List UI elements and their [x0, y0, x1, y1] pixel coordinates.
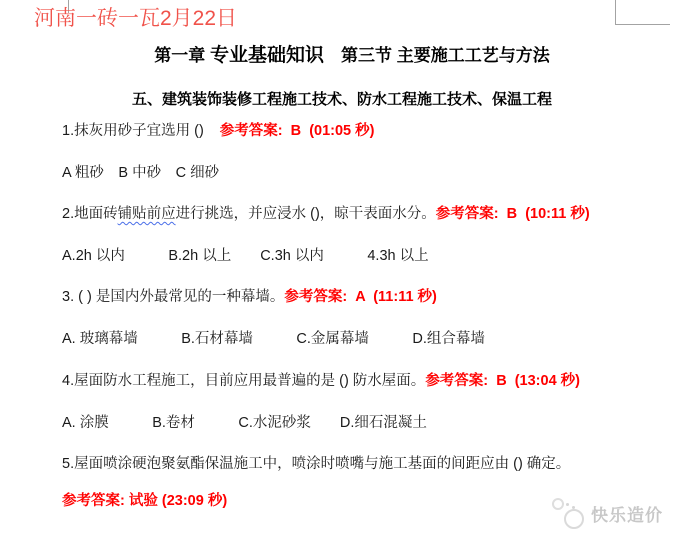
question-1-text: 1.抹灰用砂子宜选用 ()	[62, 123, 204, 139]
section-label: 第三节 主要施工工艺与方法	[324, 46, 550, 65]
crop-mark-top-right-vertical	[615, 0, 616, 25]
logo-big-circle	[564, 509, 584, 529]
question-2-misspelled-text: 铺贴前应	[118, 206, 176, 222]
question-1: 1.抹灰用砂子宜选用 ()参考答案: B (01:05 秒)	[62, 122, 374, 141]
question-4: 4.屋面防水工程施工，目前应用最普遍的是 () 防水屋面。参考答案: B (13…	[62, 372, 580, 391]
question-2-options: A.2h 以内 B.2h 以上 C.3h 以内 4.3h 以上	[62, 247, 429, 266]
question-2-text-post: 进行挑选，并应浸水 ()，晾干表面水分。	[176, 206, 436, 222]
question-3-answer: 参考答案: A (11:11 秒)	[284, 289, 437, 305]
crop-mark-top-right-horizontal	[615, 24, 670, 25]
question-5: 5.屋面喷涂硬泡聚氨酯保温施工中，喷涂时喷嘴与施工基面的间距应由 () 确定。	[62, 455, 570, 474]
watermark: 快乐造价	[552, 497, 663, 529]
question-3-options: A. 玻璃幕墙 B.石材幕墙 C.金属幕墙 D.组合幕墙	[62, 330, 485, 349]
watermark-label: 快乐造价	[591, 501, 663, 526]
logo-dot	[572, 506, 575, 509]
chapter-label: 第一章	[154, 46, 210, 65]
logo-small-circle	[552, 498, 564, 510]
question-5-answer: 参考答案: 试验 (23:09 秒)	[62, 492, 227, 511]
question-3-text: 3. ( ) 是国内外最常见的一种幕墙。	[62, 289, 284, 305]
chapter-strong-label: 专业基础知识	[210, 45, 324, 66]
source-date-header: 河南一砖一瓦2月22日	[34, 7, 237, 31]
question-2-text-pre: 2.地面砖	[62, 206, 118, 222]
chapter-title: 第一章 专业基础知识 第三节 主要施工工艺与方法	[0, 40, 684, 67]
happy-costing-logo-icon	[552, 497, 584, 529]
question-2-answer: 参考答案: B (10:11 秒)	[436, 206, 590, 222]
question-3: 3. ( ) 是国内外最常见的一种幕墙。参考答案: A (11:11 秒)	[62, 288, 437, 307]
question-1-answer: 参考答案: B (01:05 秒)	[220, 123, 375, 139]
logo-dot	[566, 503, 569, 506]
question-1-options: A 粗砂 B 中砂 C 细砂	[62, 164, 219, 183]
question-2: 2.地面砖铺贴前应进行挑选，并应浸水 ()，晾干表面水分。参考答案: B (10…	[62, 205, 590, 224]
question-4-options: A. 涂膜 B.卷材 C.水泥砂浆 D.细石混凝土	[62, 414, 427, 433]
question-4-text: 4.屋面防水工程施工，目前应用最普遍的是 () 防水屋面。	[62, 373, 425, 389]
section-subtitle: 五、建筑装饰装修工程施工技术、防水工程施工技术、保温工程	[0, 88, 684, 109]
question-4-answer: 参考答案: B (13:04 秒)	[425, 373, 580, 389]
document-page: 河南一砖一瓦2月22日 第一章 专业基础知识 第三节 主要施工工艺与方法 五、建…	[0, 0, 684, 545]
